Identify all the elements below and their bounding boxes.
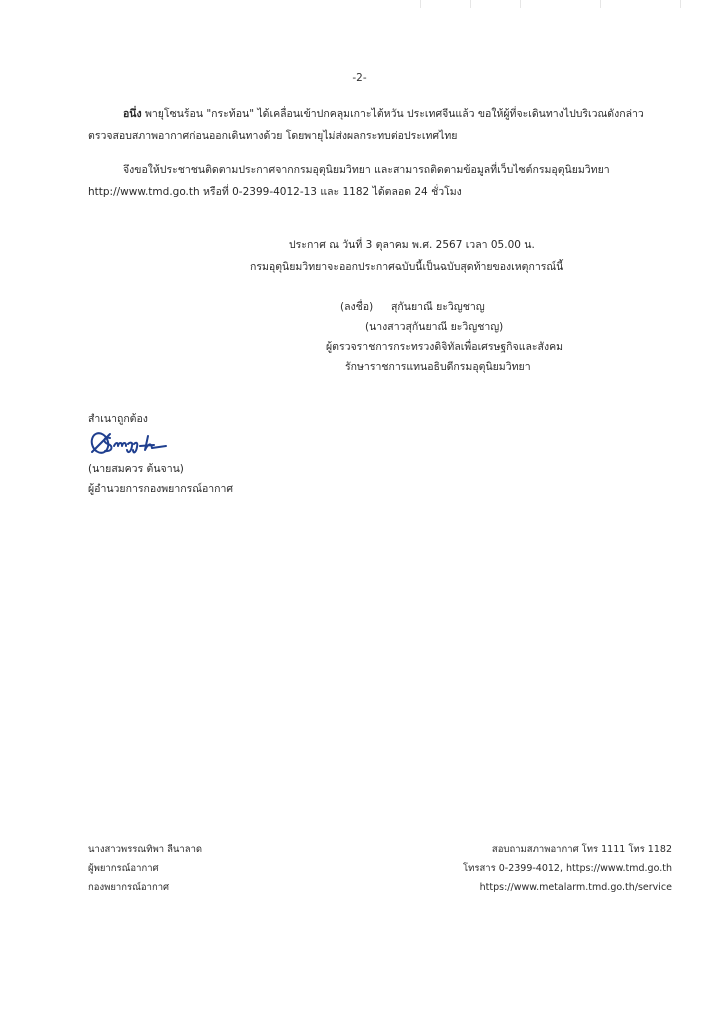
- signed-name: สุกันยาณี ยะวิญชาญ: [391, 296, 485, 318]
- signed-label: (ลงชื่อ): [340, 296, 373, 318]
- paragraph-2-line-2: http://www.tmd.go.th หรือที่ 0-2399-4012…: [88, 181, 462, 203]
- paragraph-1-line-1-text: พายุโซนร้อน "กระท้อน" ได้เคลื่อนเข้าปกคล…: [142, 108, 644, 120]
- scan-artifact: [420, 0, 421, 8]
- paragraph-1-lead: อนึ่ง: [123, 108, 142, 120]
- signatory-position-1: ผู้ตรวจราชการกระทรวงดิจิทัลเพื่อเศรษฐกิจ…: [326, 336, 563, 358]
- certifier-position: ผู้อำนวยการกองพยากรณ์อากาศ: [88, 478, 233, 500]
- footer-forecaster-title: ผู้พยากรณ์อากาศ: [88, 860, 159, 878]
- footer-forecaster-name: นางสาวพรรณทิพา ลีนาลาด: [88, 841, 202, 859]
- final-notice: กรมอุตุนิยมวิทยาจะออกประกาศฉบับนี้เป็นฉบ…: [250, 256, 563, 278]
- signatory-full-name: (นางสาวสุกันยาณี ยะวิญชาญ): [365, 316, 503, 338]
- handwritten-signature-icon: [88, 428, 168, 458]
- footer-metalarm-link[interactable]: https://www.metalarm.tmd.go.th/service: [480, 879, 672, 897]
- announcement-date: ประกาศ ณ วันที่ 3 ตุลาคม พ.ศ. 2567 เวลา …: [289, 234, 535, 256]
- certified-copy-label: สำเนาถูกต้อง: [88, 408, 148, 430]
- scan-artifact: [600, 0, 601, 8]
- footer-division: กองพยากรณ์อากาศ: [88, 879, 169, 897]
- certifier-name: (นายสมควร ต้นจาน): [88, 458, 184, 480]
- page-number: -2-: [0, 72, 719, 84]
- paragraph-1-line-1: อนึ่ง พายุโซนร้อน "กระท้อน" ได้เคลื่อนเข…: [123, 103, 644, 125]
- scan-artifact: [520, 0, 521, 8]
- signatory-position-2: รักษาราชการแทนอธิบดีกรมอุตุนิยมวิทยา: [345, 356, 531, 378]
- paragraph-2-line-1: จึงขอให้ประชาชนติดตามประกาศจากกรมอุตุนิย…: [123, 159, 610, 181]
- document-page: -2- อนึ่ง พายุโซนร้อน "กระท้อน" ได้เคลื่…: [0, 0, 719, 1024]
- scan-artifact: [680, 0, 681, 8]
- footer-contact-fax-web[interactable]: โทรสาร 0-2399-4012, https://www.tmd.go.t…: [463, 860, 672, 878]
- footer-contact-phone: สอบถามสภาพอากาศ โทร 1111 โทร 1182: [492, 841, 672, 859]
- scan-artifact: [470, 0, 471, 8]
- paragraph-1-line-2: ตรวจสอบสภาพอากาศก่อนออกเดินทางด้วย โดยพา…: [88, 125, 457, 147]
